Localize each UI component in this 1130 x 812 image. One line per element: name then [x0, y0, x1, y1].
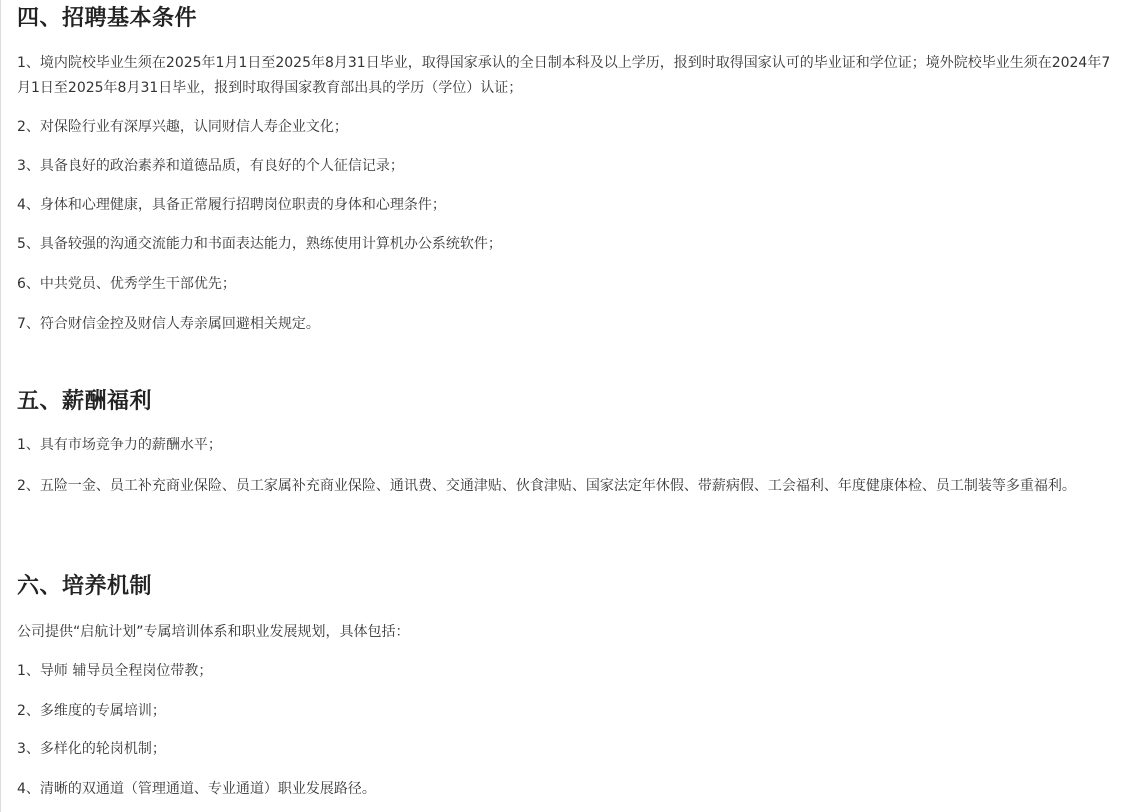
- requirement-item-1: 1、境内院校毕业生须在2025年1月1日至2025年8月31日毕业，取得国家承认…: [17, 51, 1123, 101]
- section-title-requirements: 四、招聘基本条件: [17, 4, 197, 34]
- benefit-item-1: 1、具有市场竞争力的薪酬水平；: [17, 433, 1123, 458]
- training-item-3: 3、多样化的轮岗机制；: [17, 737, 1123, 762]
- training-item-4: 4、清晰的双通道（管理通道、专业通道）职业发展路径。: [17, 777, 1123, 802]
- requirement-item-4: 4、身体和心理健康，具备正常履行招聘岗位职责的身体和心理条件；: [17, 193, 1123, 218]
- requirement-item-6: 6、中共党员、优秀学生干部优先；: [17, 272, 1123, 297]
- training-intro: 公司提供“启航计划”专属培训体系和职业发展规划，具体包括：: [17, 620, 1123, 645]
- training-item-1: 1、导师 辅导员全程岗位带教；: [17, 659, 1123, 684]
- article-body: 四、招聘基本条件 1、境内院校毕业生须在2025年1月1日至2025年8月31日…: [0, 0, 1130, 812]
- requirement-item-7: 7、符合财信金控及财信人寿亲属回避相关规定。: [17, 312, 1123, 337]
- section-title-compensation: 五、薪酬福利: [17, 387, 152, 417]
- benefit-item-2: 2、五险一金、员工补充商业保险、员工家属补充商业保险、通讯费、交通津贴、伙食津贴…: [17, 474, 1123, 499]
- training-item-2: 2、多维度的专属培训；: [17, 699, 1123, 724]
- section-title-training: 六、培养机制: [17, 572, 152, 602]
- requirement-item-3: 3、具备良好的政治素养和道德品质，有良好的个人征信记录；: [17, 154, 1123, 179]
- requirement-item-5: 5、具备较强的沟通交流能力和书面表达能力，熟练使用计算机办公系统软件；: [17, 232, 1123, 257]
- requirement-item-2: 2、对保险行业有深厚兴趣，认同财信人寿企业文化；: [17, 115, 1123, 140]
